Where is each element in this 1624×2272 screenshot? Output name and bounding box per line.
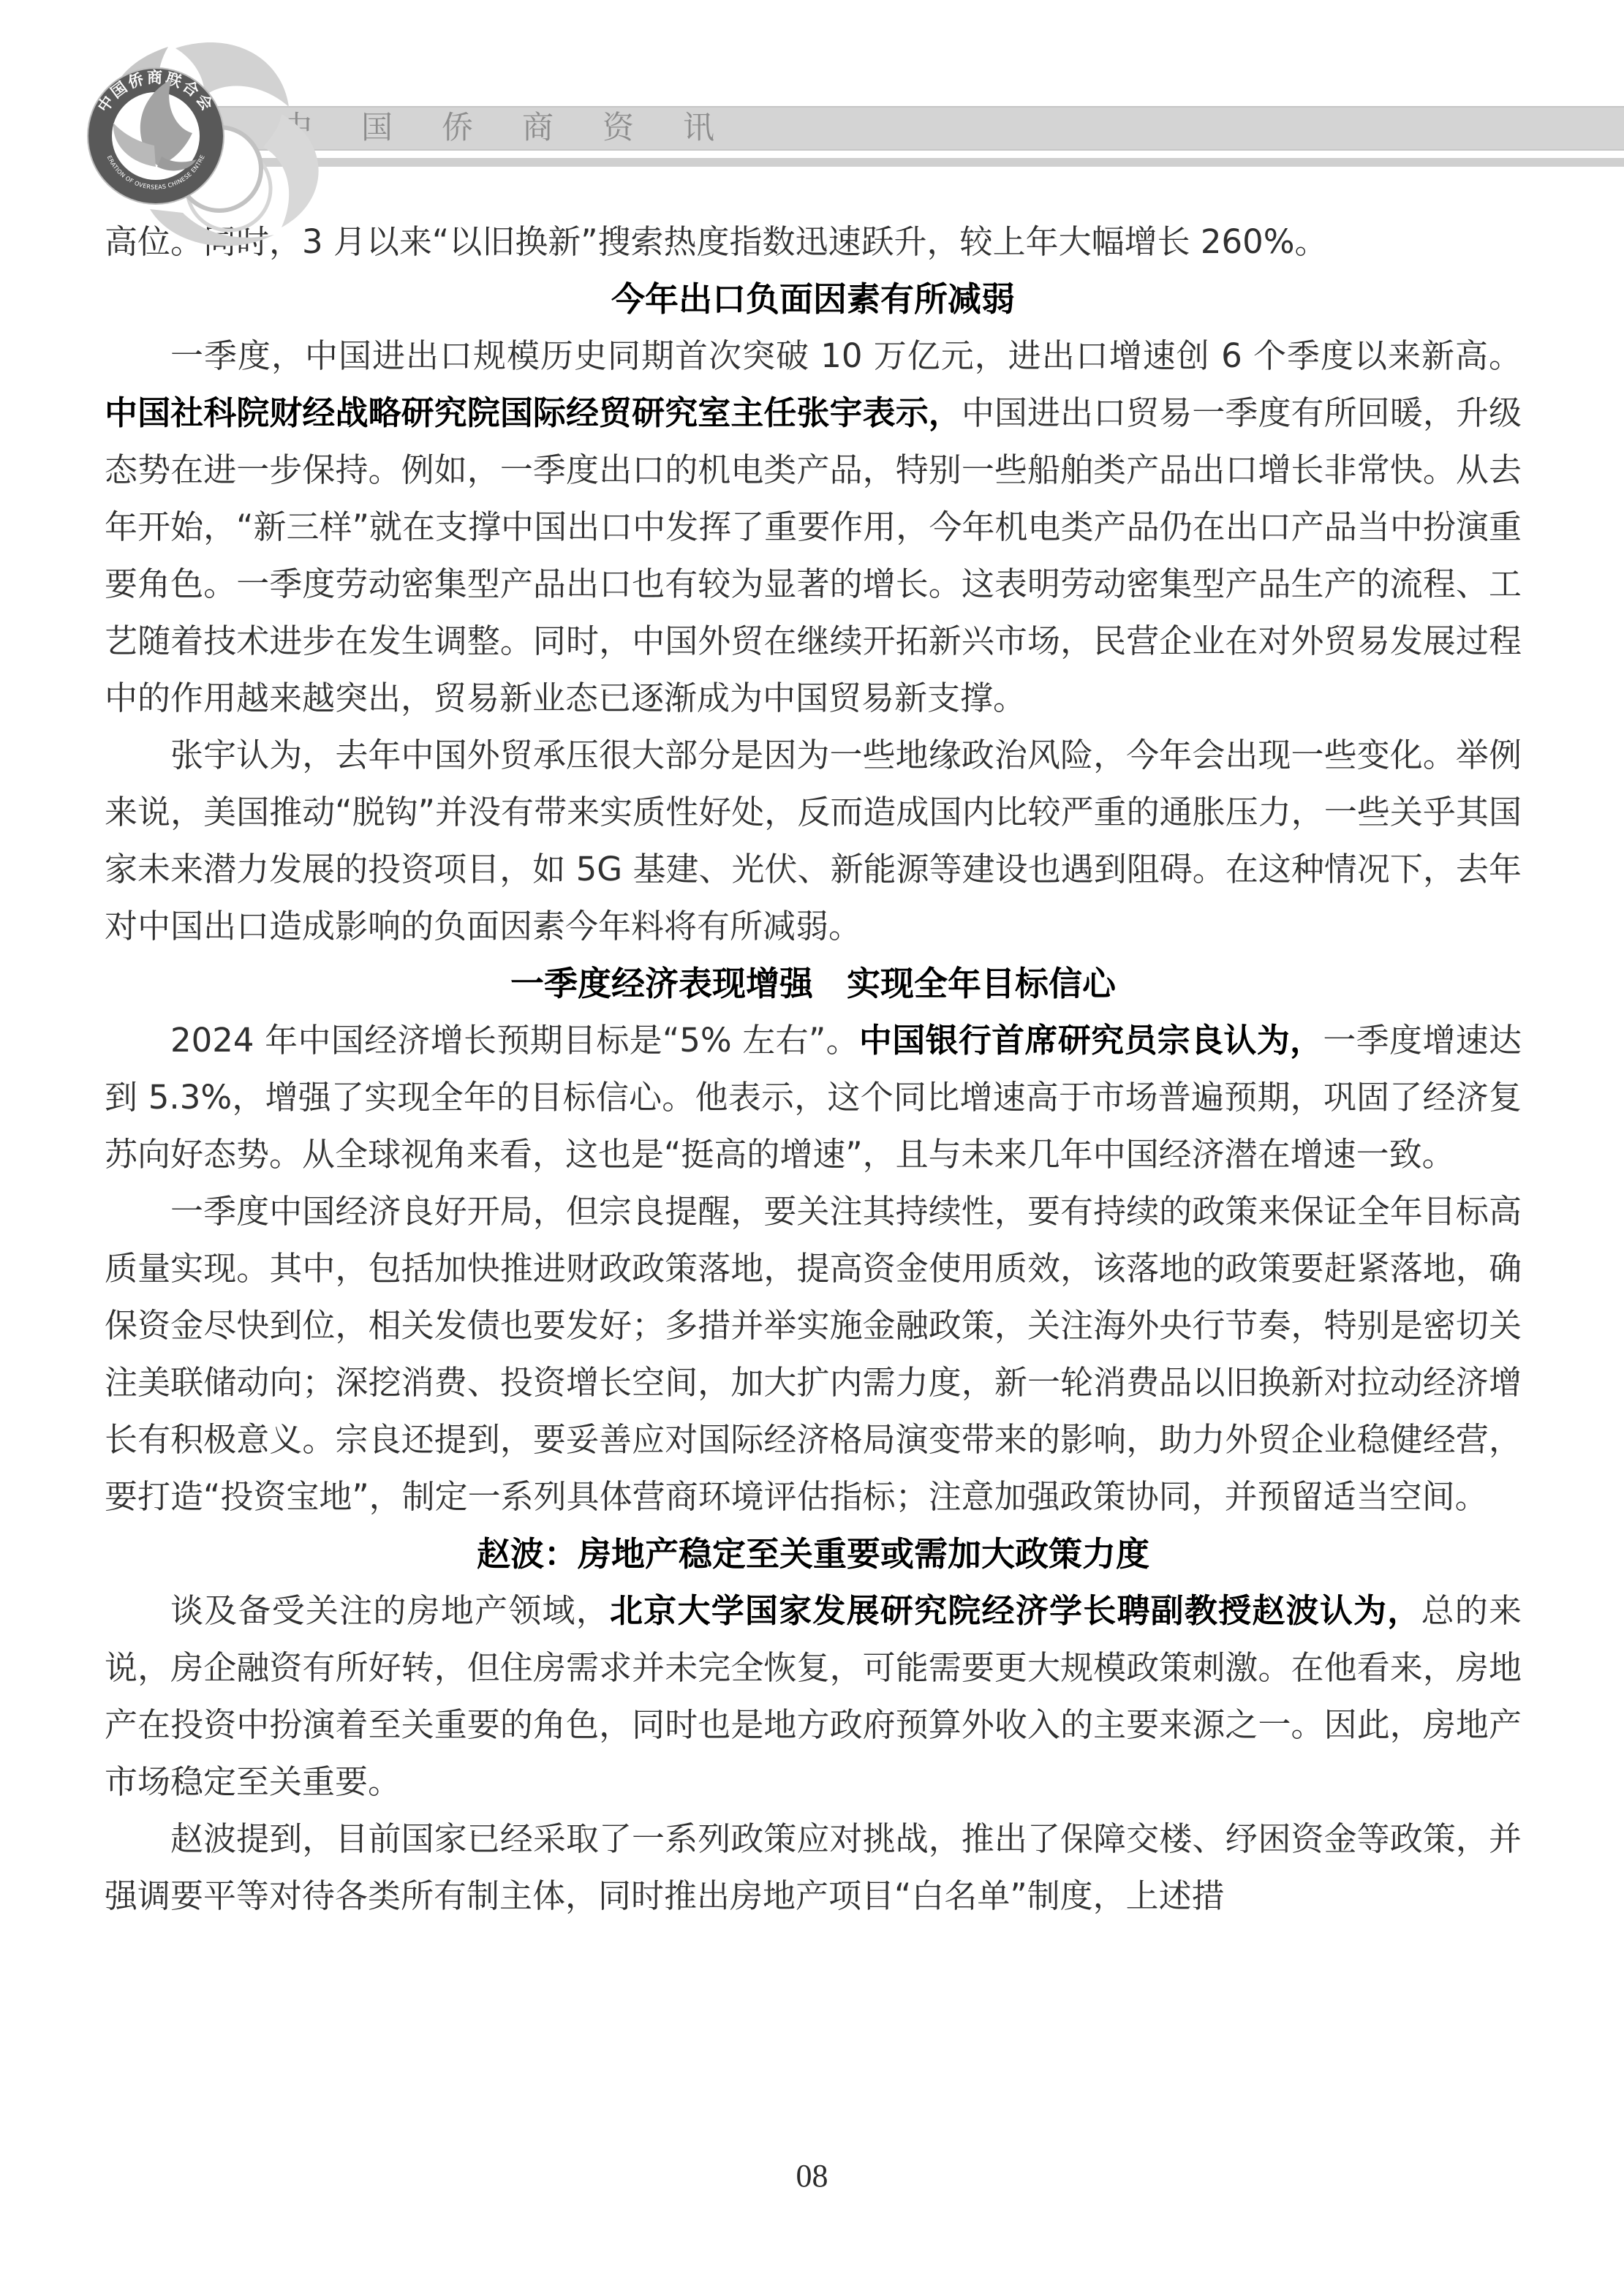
text-run: 一季度中国经济良好开局，但宗良提醒，要关注其持续性，要有持续的政策来保证全年目标… (105, 1192, 1522, 1516)
paragraph: 赵波提到，目前国家已经采取了一系列政策应对挑战，推出了保障交楼、纾困资金等政策，… (105, 1811, 1522, 1925)
text-run: 一季度，中国进出口规模历史同期首次突破 10 万亿元，进出口增速创 6 个季度以… (170, 336, 1522, 375)
paragraph: 一季度中国经济良好开局，但宗良提醒，要关注其持续性，要有持续的政策来保证全年目标… (105, 1183, 1522, 1525)
page-number: 08 (0, 2157, 1624, 2194)
header-subbar (246, 158, 1624, 167)
text-run: 中国社科院财经战略研究院国际经贸研究室主任张宇表示， (105, 393, 962, 432)
text-run: 谈及备受关注的房地产领域， (170, 1591, 610, 1630)
magazine-page: 中国侨商资讯 中国侨商联合会 CHINA FEDERATION OF OV (0, 0, 1624, 2272)
article: 高位。同时，3 月以来“以旧换新”搜索热度指数迅速跃升，较上年大幅增长 260%… (105, 214, 1522, 1925)
section-heading: 一季度经济表现增强 实现全年目标信心 (105, 955, 1522, 1012)
paragraph: 2024 年中国经济增长预期目标是“5% 左右”。中国银行首席研究员宗良认为，一… (105, 1012, 1522, 1183)
text-run: 赵波提到，目前国家已经采取了一系列政策应对挑战，推出了保障交楼、纾困资金等政策，… (105, 1819, 1522, 1915)
paragraph: 一季度，中国进出口规模历史同期首次突破 10 万亿元，进出口增速创 6 个季度以… (105, 328, 1522, 727)
paragraph: 张宇认为，去年中国外贸承压很大部分是因为一些地缘政治风险，今年会出现一些变化。举… (105, 727, 1522, 955)
text-run: 今年出口负面因素有所减弱 (611, 279, 1015, 319)
paragraph: 谈及备受关注的房地产领域，北京大学国家发展研究院经济学长聘副教授赵波认为，总的来… (105, 1582, 1522, 1811)
section-heading: 赵波：房地产稳定至关重要或需加大政策力度 (105, 1525, 1522, 1582)
text-run: 2024 年中国经济增长预期目标是“5% 左右”。 (170, 1021, 859, 1060)
text-run: 张宇认为，去年中国外贸承压很大部分是因为一些地缘政治风险，今年会出现一些变化。举… (105, 736, 1522, 946)
section-heading: 今年出口负面因素有所减弱 (105, 271, 1522, 328)
text-run: 北京大学国家发展研究院经济学长聘副教授赵波认为， (610, 1591, 1421, 1630)
text-run: 一季度经济表现增强 实现全年目标信心 (510, 964, 1116, 1003)
text-run: 中国进出口贸易一季度有所回暖，升级态势在进一步保持。例如，一季度出口的机电类产品… (105, 393, 1522, 717)
federation-logo-icon: 中国侨商联合会 CHINA FEDERATION OF OVERSEAS CHI… (40, 26, 355, 260)
text-run: 中国银行首席研究员宗良认为， (859, 1021, 1323, 1060)
text-run: 赵波：房地产稳定至关重要或需加大政策力度 (477, 1534, 1149, 1574)
